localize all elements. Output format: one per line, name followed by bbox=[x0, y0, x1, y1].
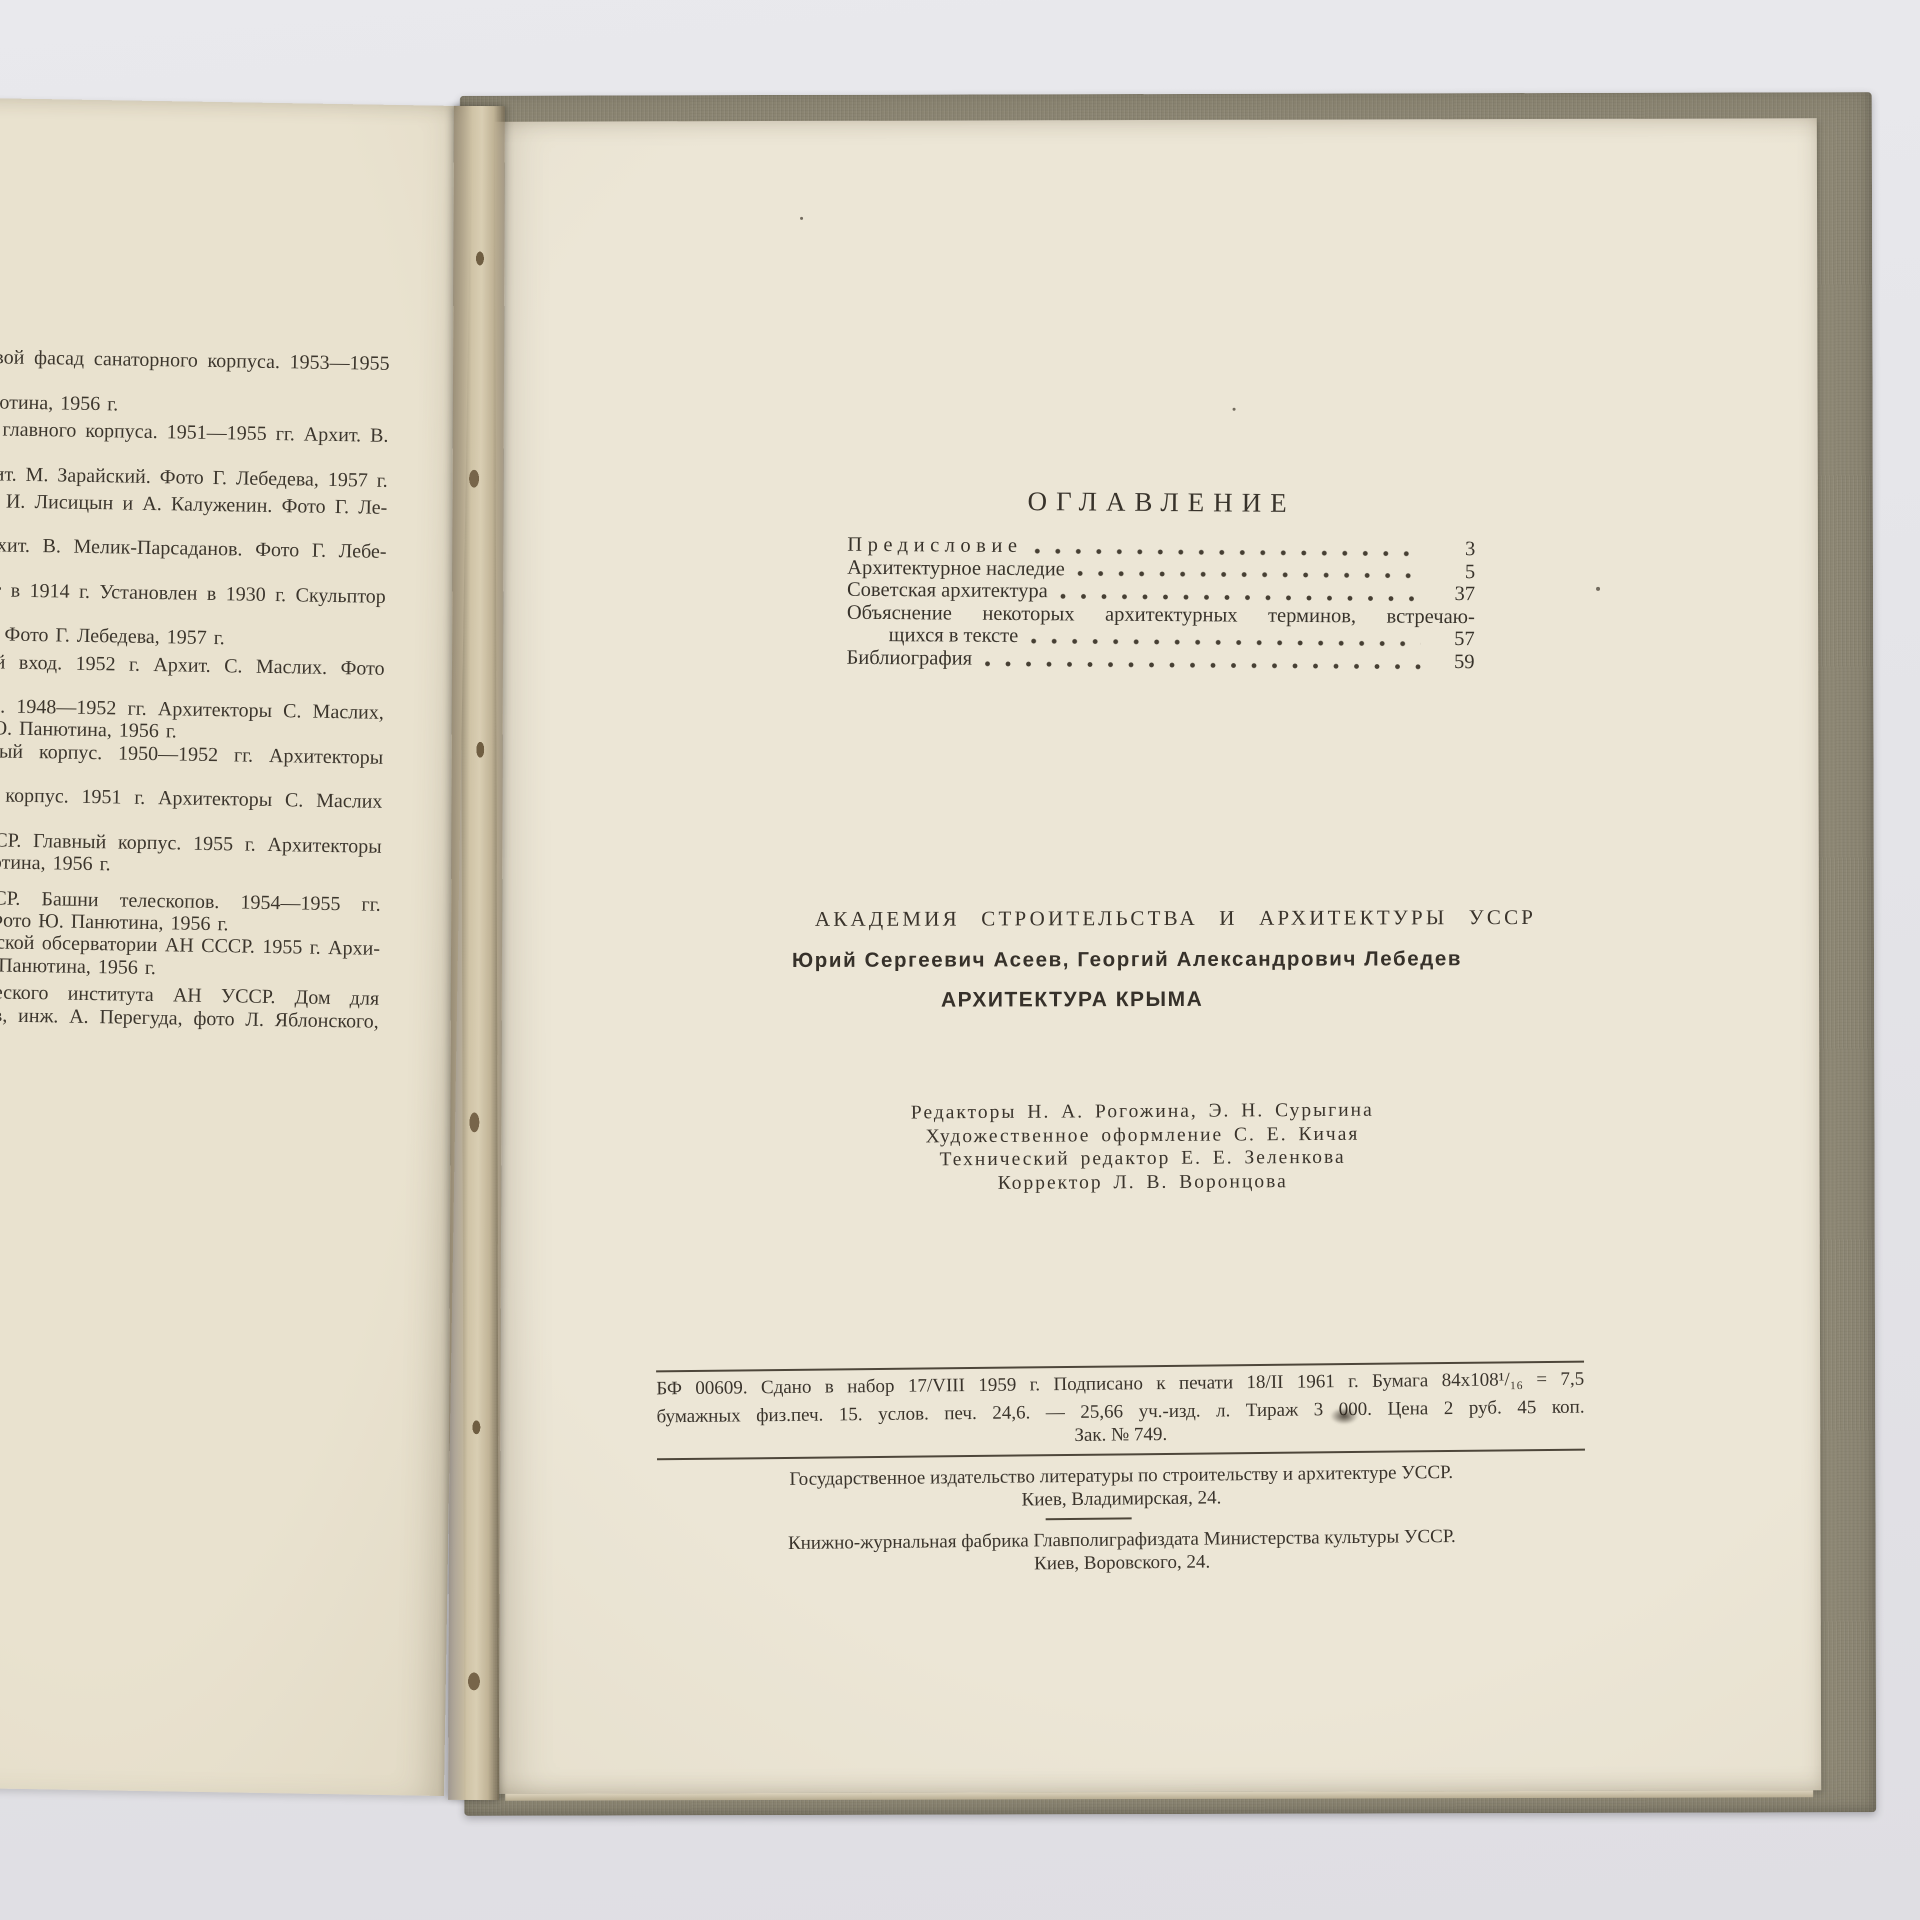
toc-entry-label: Архитектурное наследие bbox=[847, 556, 1065, 580]
toc-entry-label: щихся в тексте bbox=[847, 624, 1019, 648]
book-photo: ОГЛАВЛЕНИЕ Предисловие3Архитектурное нас… bbox=[0, 0, 1920, 1920]
caption-line: рхит. М. Зарайский. Фото Г. Лебедева, 19… bbox=[0, 463, 388, 492]
toc-entry-label: Предисловие bbox=[847, 534, 1022, 558]
toc-dot-leader bbox=[1034, 541, 1421, 559]
imprint-bottom-rule bbox=[657, 1449, 1585, 1461]
toc-page-number: 5 bbox=[1429, 560, 1475, 583]
table-of-contents: ОГЛАВЛЕНИЕ Предисловие3Архитектурное нас… bbox=[846, 485, 1475, 674]
toc-row: Библиография59 bbox=[846, 647, 1474, 674]
left-page: ковой фасад санаторного корпуса. 1953—19… bbox=[0, 98, 472, 1796]
academy-line: АКАДЕМИЯ СТРОИТЕЛЬСТВА И АРХИТЕКТУРЫ УСС… bbox=[815, 905, 1445, 932]
spine-gutter bbox=[448, 106, 505, 1800]
toc-dot-leader bbox=[1060, 586, 1421, 604]
imprint-block: БФ 00609. Сдано в набор 17/VIII 1959 г. … bbox=[656, 1361, 1586, 1580]
toc-page-number: 57 bbox=[1429, 628, 1475, 651]
toc-entry-label: Советская архитектура bbox=[847, 579, 1048, 603]
caption-line: ры И. Лисицын и А. Калуженин. Фото Г. Ле… bbox=[0, 490, 387, 519]
paper-speck bbox=[1233, 408, 1236, 411]
toc-dot-leader bbox=[1030, 631, 1421, 649]
toc-entry-label: Библиография bbox=[846, 647, 972, 670]
toc-rows: Предисловие3Архитектурное наследие5Совет… bbox=[846, 534, 1475, 674]
staff-credits: Редакторы Н. А. Рогожина, Э. Н. Сурыгина… bbox=[827, 1098, 1458, 1196]
staff-line: Редакторы Н. А. Рогожина, Э. Н. Сурыгина bbox=[827, 1098, 1457, 1125]
toc-dot-leader bbox=[1077, 564, 1421, 581]
book-title: АРХИТЕКТУРА КРЫМА bbox=[757, 987, 1387, 1013]
paper-speck bbox=[800, 217, 803, 220]
divider-rule bbox=[1046, 1517, 1132, 1520]
caption-line: ный вход. 1952 г. Архит. С. Маслих. Фото bbox=[0, 651, 385, 680]
caption-line: ин. Фото Г. Лебедева, 1957 г. bbox=[0, 623, 385, 652]
caption-line: ый корпус. 1951 г. Архитекторы С. Маслих bbox=[0, 784, 383, 813]
caption-line: ад главного корпуса. 1951—1955 гг. Архит… bbox=[0, 418, 389, 447]
paper-speck bbox=[1596, 587, 1600, 591]
staff-line: Корректор Л. В. Воронцова bbox=[828, 1169, 1458, 1196]
left-page-captions: ковой фасад санаторного корпуса. 1953—19… bbox=[0, 346, 390, 1033]
authors-line: Юрий Сергеевич Асеев, Георгий Александро… bbox=[792, 947, 1447, 973]
caption-line: Архит. В. Мелик-Парсаданов. Фото Г. Лебе… bbox=[0, 534, 387, 563]
toc-page-number: 3 bbox=[1429, 538, 1475, 561]
caption-line: ковой фасад санаторного корпуса. 1953—19… bbox=[0, 346, 390, 398]
ink-smudge bbox=[1330, 1407, 1358, 1424]
toc-heading: ОГЛАВЛЕНИЕ bbox=[848, 485, 1476, 520]
toc-page-number: 59 bbox=[1428, 651, 1474, 674]
right-page-content: ОГЛАВЛЕНИЕ Предисловие3Архитектурное нас… bbox=[495, 118, 1821, 1793]
toc-page-number: 37 bbox=[1429, 583, 1475, 606]
caption-line: лит в 1914 г. Установлен в 1930 г. Скуль… bbox=[0, 579, 386, 608]
imprint-line-1: БФ 00609. Сдано в набор 17/VIII 1959 г. … bbox=[656, 1368, 1584, 1401]
toc-dot-leader bbox=[984, 653, 1421, 671]
